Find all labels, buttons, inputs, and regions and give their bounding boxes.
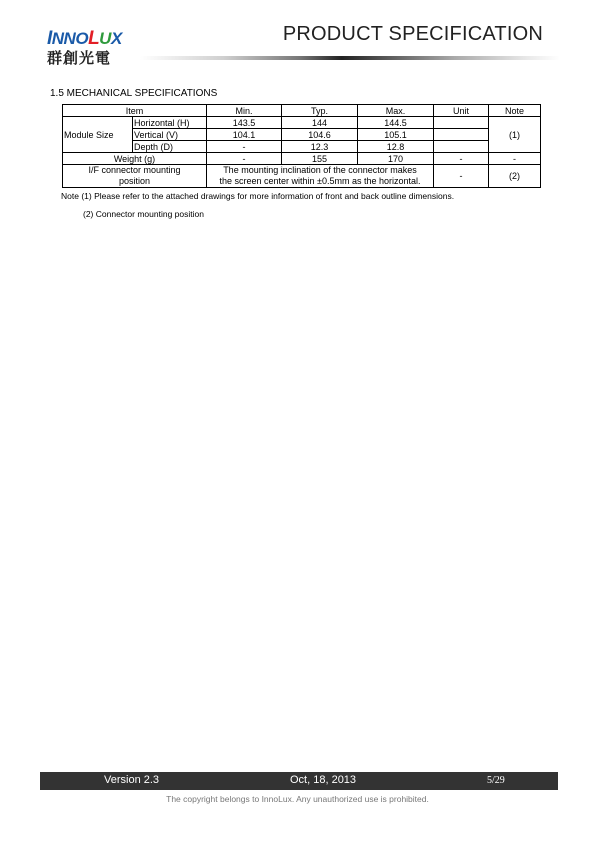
footer-date: Oct, 18, 2013 xyxy=(290,774,356,786)
document-title: PRODUCT SPECIFICATION xyxy=(283,23,543,46)
table-row: Vertical (V) 104.1 104.6 105.1 xyxy=(63,129,541,141)
table-row: Module Size Horizontal (H) 143.5 144 144… xyxy=(63,117,541,129)
table-row-weight: Weight (g) - 155 170 - - xyxy=(63,153,541,165)
cell-unit xyxy=(434,141,489,153)
header-note: Note xyxy=(489,105,541,117)
footer-bar: Version 2.3 Oct, 18, 2013 5/29 xyxy=(40,772,558,790)
cell-typ: 155 xyxy=(282,153,358,165)
cell-note: (2) xyxy=(489,165,541,188)
header-unit: Unit xyxy=(434,105,489,117)
cell-max: 144.5 xyxy=(358,117,434,129)
table-row-connector: I/F connector mounting position The moun… xyxy=(63,165,541,188)
row-label: I/F connector mounting position xyxy=(63,165,207,188)
cell-note: - xyxy=(489,153,541,165)
row-label: Horizontal (H) xyxy=(133,117,207,129)
header-min: Min. xyxy=(207,105,282,117)
header-typ: Typ. xyxy=(282,105,358,117)
note-2: (2) Connector mounting position xyxy=(83,209,204,219)
table-header-row: Item Min. Typ. Max. Unit Note xyxy=(63,105,541,117)
header-gradient-rule xyxy=(140,56,560,60)
mechanical-spec-table: Item Min. Typ. Max. Unit Note Module Siz… xyxy=(62,104,541,188)
row-label: Vertical (V) xyxy=(133,129,207,141)
logo-wordmark: INNOLUX xyxy=(47,30,147,48)
cell-unit xyxy=(434,129,489,141)
footer-page-number: 5/29 xyxy=(487,775,505,786)
cell-min: 143.5 xyxy=(207,117,282,129)
module-size-note: (1) xyxy=(489,117,541,153)
innolux-logo: INNOLUX 群創光電 xyxy=(47,30,147,67)
cell-typ: 12.3 xyxy=(282,141,358,153)
cell-max: 170 xyxy=(358,153,434,165)
cell-typ: 144 xyxy=(282,117,358,129)
cell-unit xyxy=(434,117,489,129)
copyright-notice: The copyright belongs to InnoLux. Any un… xyxy=(0,794,595,804)
cell-min: 104.1 xyxy=(207,129,282,141)
cell-unit: - xyxy=(434,165,489,188)
cell-min: - xyxy=(207,153,282,165)
footer-version: Version 2.3 xyxy=(104,774,159,786)
cell-typ: 104.6 xyxy=(282,129,358,141)
logo-chinese-name: 群創光電 xyxy=(47,49,147,67)
cell-unit: - xyxy=(434,153,489,165)
cell-min: - xyxy=(207,141,282,153)
header-item: Item xyxy=(63,105,207,117)
row-label: Depth (D) xyxy=(133,141,207,153)
table-row: Depth (D) - 12.3 12.8 xyxy=(63,141,541,153)
cell-max: 105.1 xyxy=(358,129,434,141)
header-max: Max. xyxy=(358,105,434,117)
cell-max: 12.8 xyxy=(358,141,434,153)
connector-description: The mounting inclination of the connecto… xyxy=(207,165,434,188)
module-size-label: Module Size xyxy=(63,117,133,153)
row-label: Weight (g) xyxy=(63,153,207,165)
note-1: Note (1) Please refer to the attached dr… xyxy=(61,191,454,201)
section-heading: 1.5 MECHANICAL SPECIFICATIONS xyxy=(50,88,217,99)
